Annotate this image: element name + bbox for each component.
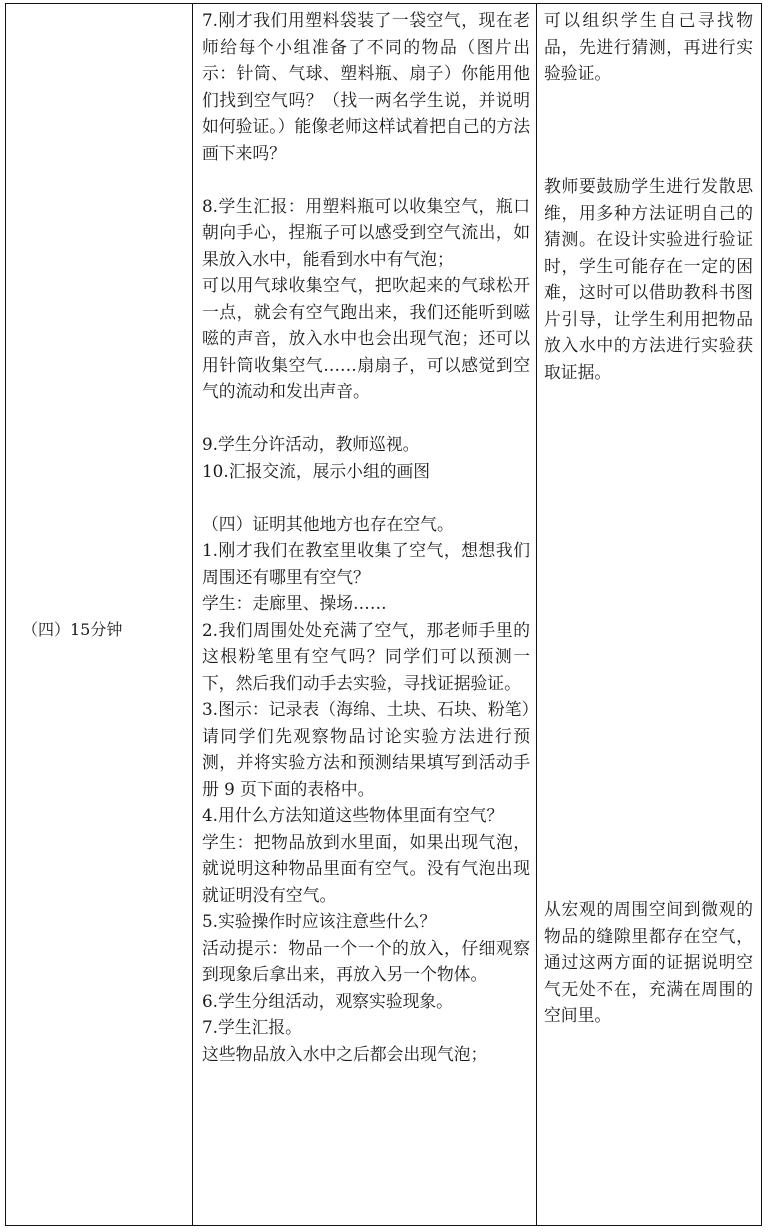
question-7: 7.学生汇报。 (202, 1014, 530, 1041)
activity-step-9: 9.学生分许活动，教师巡视。 (202, 431, 530, 458)
time-cell: （四）15分钟 (22, 617, 122, 640)
question-5: 5.实验操作时应该注意些什么？ (202, 908, 530, 935)
activity-content: 7.刚才我们用塑料袋装了一袋空气，现在老师给每个小组准备了不同的物品（图片出示：… (202, 7, 530, 1067)
answer-4: 学生：把物品放到水里面，如果出现气泡，就说明这种物品里面有空气。没有气泡出现就证… (202, 829, 530, 909)
section-heading-4: （四）证明其他地方也存在空气。 (202, 511, 530, 538)
question-3: 3.图示：记录表（海绵、土块、石块、粉笔）请同学们先观察物品讨论实验方法进行预测… (202, 696, 530, 802)
time-column: （四）15分钟 (6, 4, 193, 1225)
note-2: 教师要鼓励学生进行发散思维，用多种方法证明自己的猜测。在设计实验进行验证时，学生… (544, 173, 753, 385)
activity-step-8-balloon: 可以用气球收集空气，把吹起来的气球松开一点，就会有空气跑出来，我们还能听到嗞嗞的… (202, 272, 530, 405)
question-4: 4.用什么方法知道这些物体里面有空气？ (202, 802, 530, 829)
question-2: 2.我们周围处处充满了空气，那老师手里的这根粉笔里有空气吗？同学们可以预测一下，… (202, 617, 530, 697)
activity-column: 7.刚才我们用塑料袋装了一袋空气，现在老师给每个小组准备了不同的物品（图片出示：… (193, 4, 537, 1225)
answer-1: 学生：走廊里、操场…… (202, 590, 530, 617)
activity-step-7: 7.刚才我们用塑料袋装了一袋空气，现在老师给每个小组准备了不同的物品（图片出示：… (202, 7, 530, 166)
activity-step-10: 10.汇报交流，展示小组的画图 (202, 458, 530, 485)
answer-5: 活动提示：物品一个一个的放入，仔细观察到现象后拿出来，再放入另一个物体。 (202, 935, 530, 988)
activity-step-8-bottle: 8.学生汇报：用塑料瓶可以收集空气，瓶口朝向手心，捏瓶子可以感受到空气流出，如果… (202, 193, 530, 273)
note-3: 从宏观的周围空间到微观的物品的缝隙里都存在空气，通过这两方面的证据说明空气无处不… (544, 896, 753, 1029)
notes-column: 可以组织学生自己寻找物品，先进行猜测，再进行实验验证。 教师要鼓励学生进行发散思… (537, 4, 761, 1225)
lesson-plan-table: （四）15分钟 7.刚才我们用塑料袋装了一袋空气，现在老师给每个小组准备了不同的… (5, 3, 762, 1226)
question-6: 6.学生分组活动，观察实验现象。 (202, 988, 530, 1015)
question-1: 1.刚才我们在教室里收集了空气，想想我们周围还有哪里有空气？ (202, 537, 530, 590)
note-1: 可以组织学生自己寻找物品，先进行猜测，再进行实验验证。 (544, 7, 753, 87)
answer-7: 这些物品放入水中之后都会出现气泡； (202, 1041, 530, 1068)
